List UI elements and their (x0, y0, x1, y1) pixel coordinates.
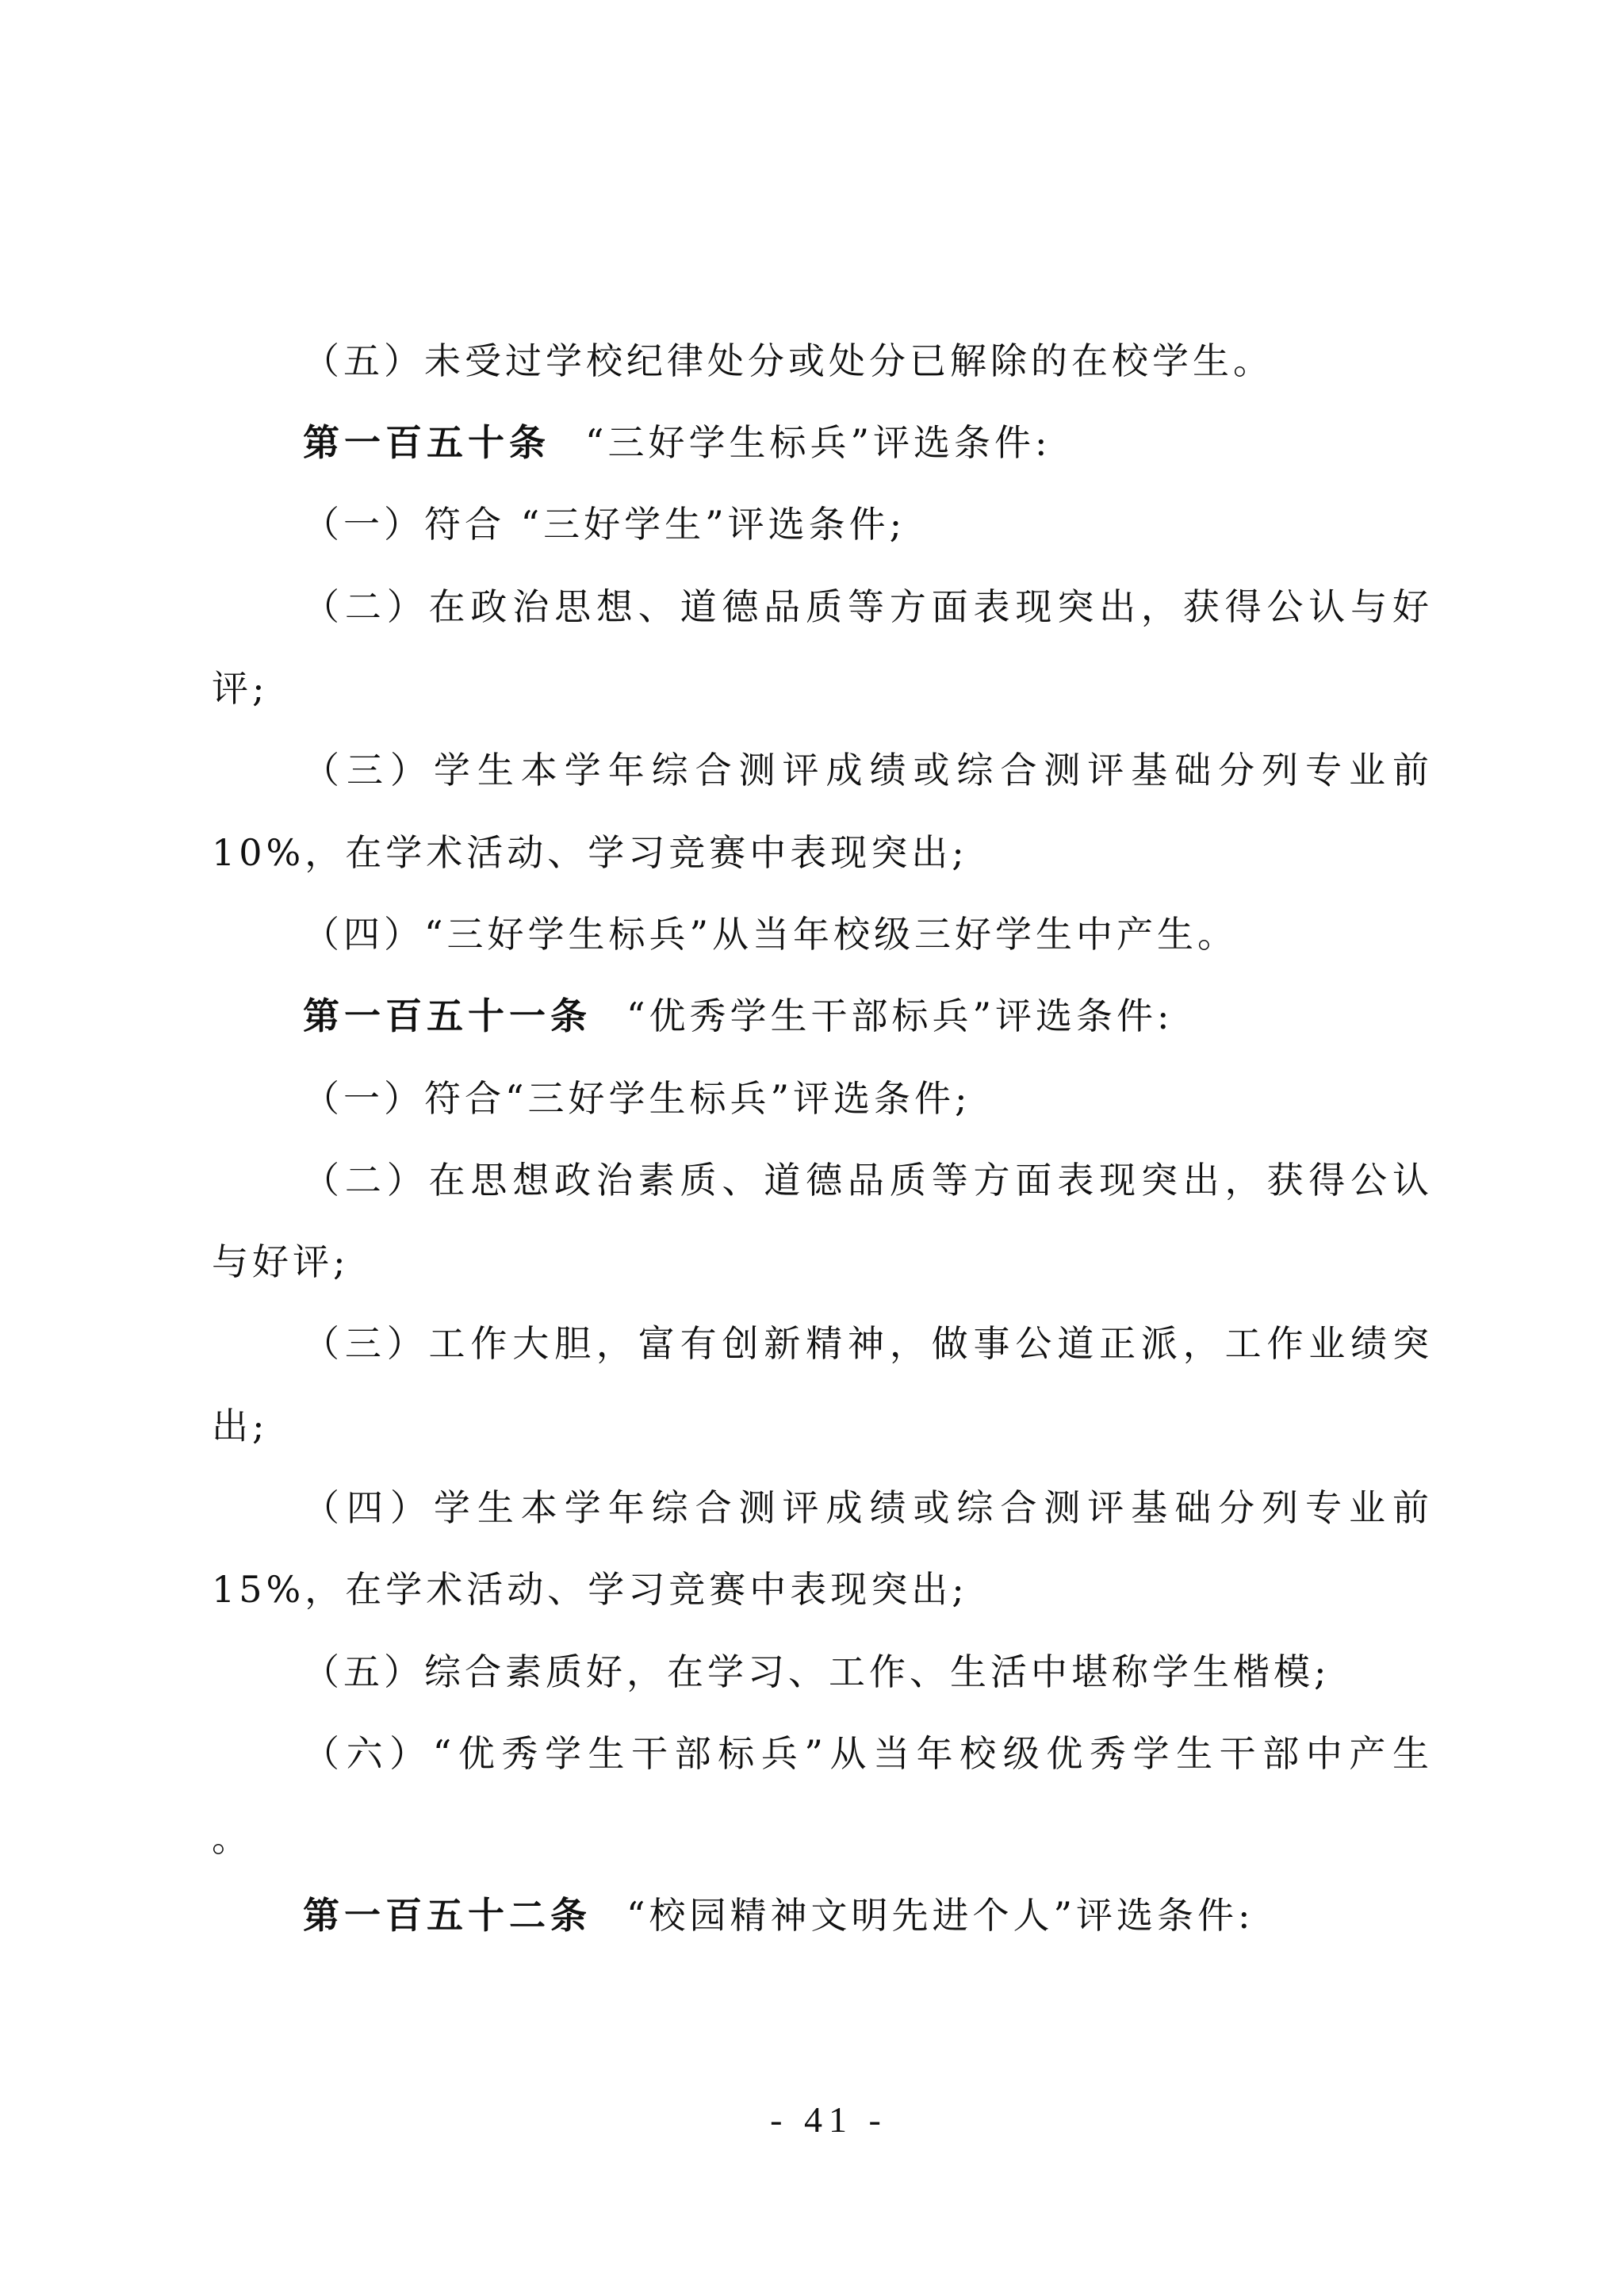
clause-item-1: （一）符合“三好学生标兵”评选条件; (303, 1075, 1433, 1122)
clause-item-5: （五）综合素质好，在学习、工作、生活中堪称学生楷模; (303, 1648, 1433, 1696)
article-150-heading: 第一百五十条“三好学生标兵”评选条件: (303, 419, 1433, 466)
document-page: （五）未受过学校纪律处分或处分已解除的在校学生。 第一百五十条“三好学生标兵”评… (0, 0, 1624, 2296)
clause-item-3-start: （三）工作大胆，富有创新精神，做事公道正派，工作业绩突 (303, 1320, 1433, 1367)
article-title: “优秀学生干部标兵”评选条件: (626, 995, 1174, 1037)
clause-item-1: （一）符合 “三好学生”评选条件; (303, 500, 1433, 548)
clause-item-6-end: 。 (212, 1815, 1433, 1862)
clause-item-4: （四）“三好学生标兵”从当年校级三好学生中产生。 (303, 910, 1433, 958)
clause-item-2-end: 评; (212, 665, 1433, 712)
article-number: 第一百五十二条 (303, 1894, 592, 1937)
clause-item-2-start: （二）在政治思想、道德品质等方面表现突出，获得公认与好 (303, 583, 1433, 631)
article-title: “三好学生标兵”评选条件: (585, 421, 1051, 464)
clause-item-6-start: （六）“优秀学生干部标兵”从当年校级优秀学生干部中产生 (303, 1730, 1433, 1777)
article-151-heading: 第一百五十一条“优秀学生干部标兵”评选条件: (303, 992, 1433, 1040)
article-number: 第一百五十条 (303, 421, 550, 464)
article-152-heading: 第一百五十二条“校园精神文明先进个人”评选条件: (303, 1892, 1433, 1939)
clause-item-4-end: 15%，在学术活动、学习竞赛中表现突出; (212, 1566, 1433, 1613)
clause-item-5-unpunished: （五）未受过学校纪律处分或处分已解除的在校学生。 (303, 337, 1433, 385)
article-title: “校园精神文明先进个人”评选条件: (626, 1894, 1254, 1937)
clause-item-3-end: 10%，在学术活动、学习竞赛中表现突出; (212, 829, 1433, 876)
clause-item-4-start: （四）学生本学年综合测评成绩或综合测评基础分列专业前 (303, 1484, 1433, 1531)
clause-item-2-start: （二）在思想政治素质、道德品质等方面表现突出，获得公认 (303, 1156, 1433, 1204)
article-number: 第一百五十一条 (303, 995, 592, 1037)
page-number: - 41 - (0, 2098, 1624, 2142)
clause-item-2-end: 与好评; (212, 1238, 1433, 1286)
clause-item-3-start: （三）学生本学年综合测评成绩或综合测评基础分列专业前 (303, 746, 1433, 794)
clause-item-3-end: 出; (212, 1402, 1433, 1450)
